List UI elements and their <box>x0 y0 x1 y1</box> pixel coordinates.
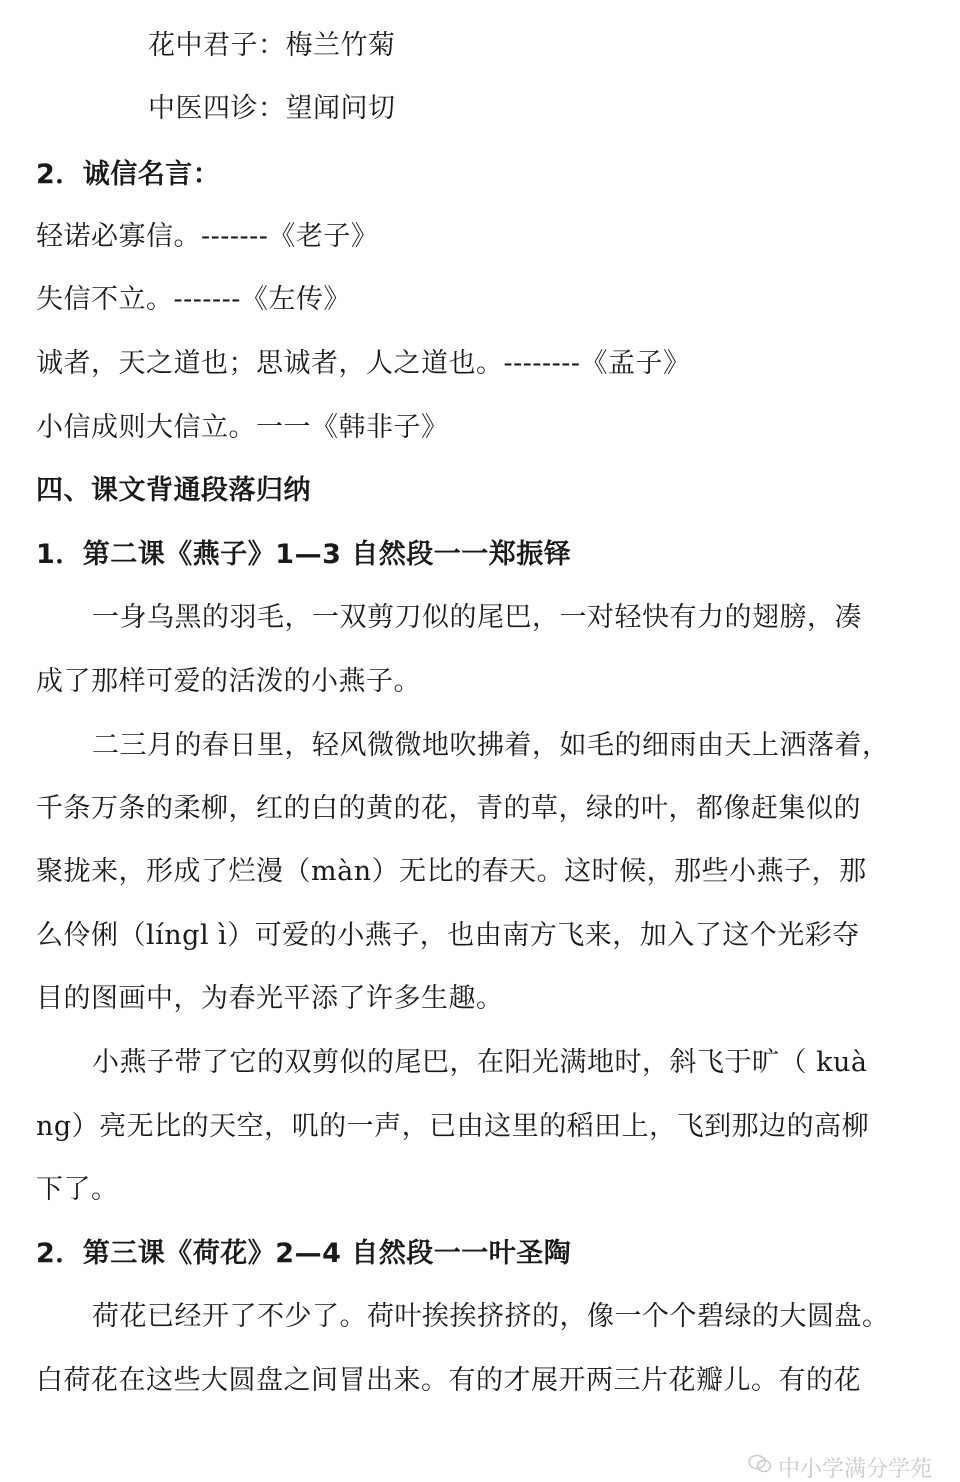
paragraph-line: 目的图画中，为春光平添了许多生趣。 <box>36 979 504 1019</box>
quote-line: 诚者，天之道也；思诚者，人之道也。--------《孟子》 <box>36 344 690 384</box>
idiom-line: 花中君子：梅兰竹菊 <box>148 26 396 66</box>
paragraph-line: 荷花已经开了不少了。荷叶挨挨挤挤的，像一个个碧绿的大圆盘。 <box>92 1297 890 1337</box>
paragraph-line: 一身乌黑的羽毛，一双剪刀似的尾巴，一对轻快有力的翅膀，凑 <box>92 598 862 638</box>
paragraph-line: 么伶俐（língl ì）可爱的小燕子，也由南方飞来，加入了这个光彩夺 <box>36 916 860 956</box>
idiom-value: 望闻问切 <box>286 93 396 124</box>
paragraph-line: 二三月的春日里，轻风微微地吹拂着，如毛的细雨由天上洒落着， <box>92 726 890 766</box>
paragraph-line: 白荷花在这些大圆盘之间冒出来。有的才展开两三片花瓣儿。有的花 <box>36 1361 861 1401</box>
paragraph-line: ng）亮无比的天空，叽的一声，已由这里的稻田上，飞到那边的高柳 <box>36 1107 869 1147</box>
lesson2-heading: 2．第三课《荷花》2—4 自然段一一叶圣陶 <box>36 1234 571 1274</box>
quote-line: 轻诺必寡信。-------《老子》 <box>36 217 378 257</box>
watermark: 中小学满分学苑 <box>748 1452 932 1482</box>
quote-line: 小信成则大信立。一一《韩非子》 <box>36 408 449 448</box>
watermark-text: 中小学满分学苑 <box>778 1452 932 1482</box>
quote-line: 失信不立。-------《左传》 <box>36 280 351 320</box>
idiom-line: 中医四诊：望闻问切 <box>148 89 396 129</box>
integrity-heading: 2．诚信名言： <box>36 155 220 195</box>
paragraph-line: 聚拢来，形成了烂漫（màn）无比的春天。这时候，那些小燕子，那 <box>36 852 867 892</box>
lesson1-heading: 1．第二课《燕子》1—3 自然段一一郑振铎 <box>36 535 571 575</box>
paragraph-line: 小燕子带了它的双剪似的尾巴，在阳光满地时，斜飞于旷（ kuà <box>92 1043 867 1083</box>
idiom-label: 花中君子： <box>148 30 286 61</box>
recitation-heading: 四、课文背通段落归纳 <box>36 471 311 511</box>
paragraph-line: 成了那样可爱的活泼的小燕子。 <box>36 662 421 702</box>
idiom-label: 中医四诊： <box>148 93 286 124</box>
paragraph-line: 下了。 <box>36 1170 119 1210</box>
idiom-value: 梅兰竹菊 <box>286 30 396 61</box>
paragraph-line: 千条万条的柔柳，红的白的黄的花，青的草，绿的叶，都像赶集似的 <box>36 789 861 829</box>
wechat-icon <box>748 1454 772 1480</box>
